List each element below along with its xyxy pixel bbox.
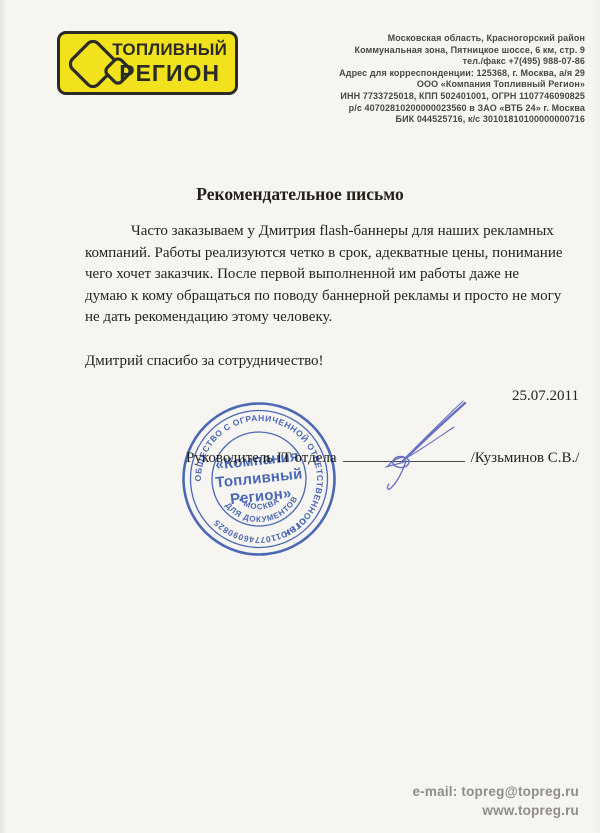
- contact-line-bik: БИК 044525716, к/с 30101810100000000716: [339, 114, 585, 126]
- handwritten-signature: [350, 385, 490, 515]
- footer-contacts: e-mail: topreg@topreg.ru www.topreg.ru: [413, 782, 579, 820]
- company-stamp: ОБЩЕСТВО С ОГРАНИЧЕННОЙ ОТВЕТСТВЕННОСТЬЮ…: [171, 391, 347, 567]
- letter-date: 25.07.2011: [512, 388, 579, 405]
- logo-line1: ТОПЛИВНЫЙ: [112, 41, 227, 58]
- contact-line-inn: ИНН 7733725018, КПП 502401001, ОГРН 1107…: [339, 91, 585, 103]
- contact-line-postal: Адрес для корреспонденции: 125368, г. Мо…: [339, 68, 585, 80]
- letter-paragraph-2: Дмитрий спасибо за сотрудничество!: [85, 351, 563, 373]
- contact-line-phone: тел./факс +7(495) 988-07-86: [339, 56, 585, 68]
- footer-website: www.topreg.ru: [413, 801, 579, 820]
- contact-line-company: ООО «Компания Топливный Регион»: [339, 79, 585, 91]
- contact-line-address: Коммунальная зона, Пятницкое шоссе, 6 км…: [339, 45, 585, 57]
- logo-line2: РЕГИОН: [112, 62, 227, 85]
- footer-email: e-mail: topreg@topreg.ru: [413, 782, 579, 801]
- logo-wordmark: ТОПЛИВНЫЙ РЕГИОН: [112, 41, 227, 85]
- scanned-letter-page: ТОПЛИВНЫЙ РЕГИОН Московская область, Кра…: [0, 0, 600, 833]
- contact-line-account: р/с 40702810200000023560 в ЗАО «ВТБ 24» …: [339, 103, 585, 115]
- letter-body: Часто заказываем у Дмитрия flash-баннеры…: [85, 221, 563, 372]
- company-logo: ТОПЛИВНЫЙ РЕГИОН: [57, 31, 238, 95]
- letterhead-contact-block: Московская область, Красногорский район …: [339, 33, 585, 126]
- letter-title: Рекомендательное письмо: [0, 184, 600, 205]
- letter-paragraph-1: Часто заказываем у Дмитрия flash-баннеры…: [85, 221, 563, 329]
- contact-line-region: Московская область, Красногорский район: [339, 33, 585, 45]
